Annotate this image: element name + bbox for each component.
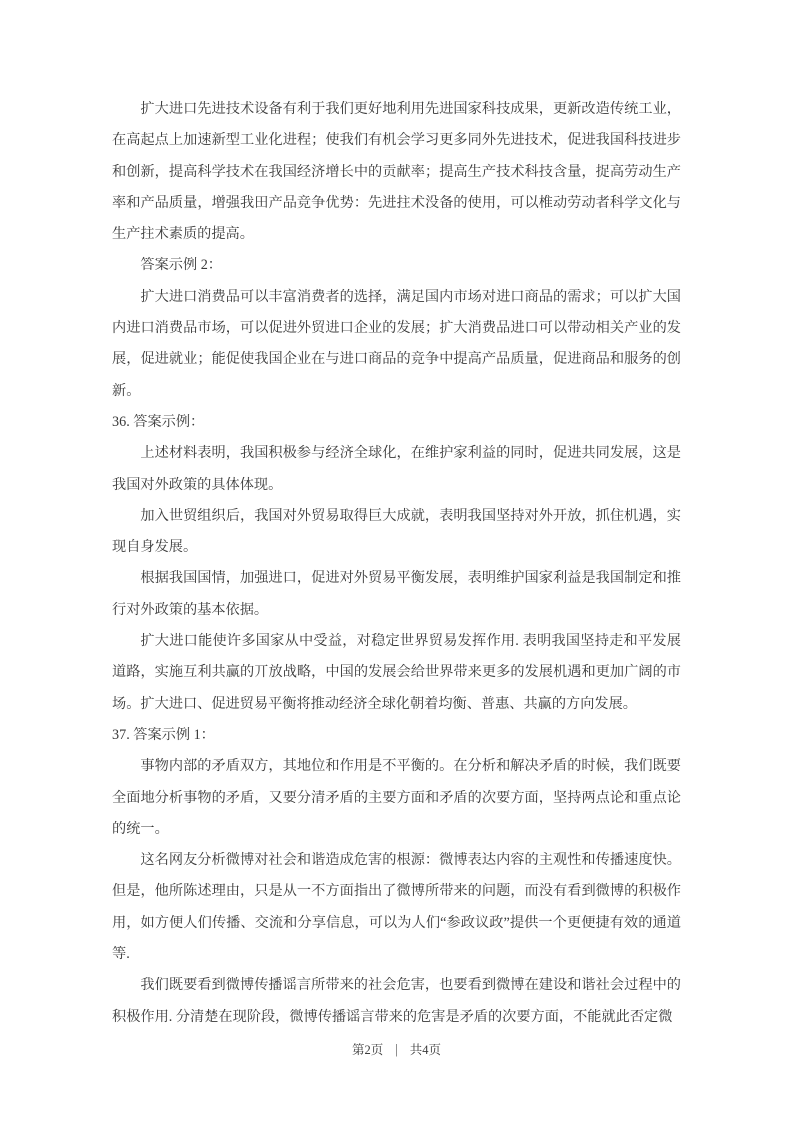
paragraph-question-36-heading: 36. 答案示例：	[112, 407, 681, 438]
page-footer: 第2页 | 共4页	[0, 1040, 793, 1058]
footer-separator: |	[395, 1041, 397, 1058]
answer-key-content: 扩大进口先进技术设备有利于我们更好地利用先进国家科技成果，更新改造传统工业，在高…	[112, 94, 681, 1033]
paragraph-q37-point-1: 事物内部的矛盾双方，其地位和作用是不平衡的。在分析和解决矛盾的时候，我们既要全面…	[112, 751, 681, 845]
document-page: 扩大进口先进技术设备有利于我们更好地利用先进国家科技成果，更新改造传统工业，在高…	[0, 0, 793, 1122]
paragraph-q37-point-3: 我们既要看到微博传播谣言所带来的社会危害，也要看到微博在建设和谐社会过程中的积极…	[112, 970, 681, 1033]
paragraph-question-37-heading: 37. 答案示例 1：	[112, 720, 681, 751]
current-page-label: 第2页	[352, 1040, 383, 1058]
paragraph-q36-point-1: 上述材料表明，我国积极参与经济全球化，在维护家利益的同时，促进共同发展，这是我国…	[112, 438, 681, 501]
paragraph-q36-point-2: 加入世贸组织后，我国对外贸易取得巨大成就，表明我国坚持对外开放，抓住机遇，实现自…	[112, 501, 681, 564]
paragraph-answer-imports-technology: 扩大进口先进技术设备有利于我们更好地利用先进国家科技成果，更新改造传统工业，在高…	[112, 94, 681, 250]
total-pages-label: 共4页	[410, 1040, 441, 1058]
paragraph-q37-point-2: 这名网友分析微博对社会和谐造成危害的根源：微博表达内容的主观性和传播速度快。但是…	[112, 845, 681, 970]
paragraph-q36-point-3: 根据我国国情，加强进口，促进对外贸易平衡发展，表明维护国家利益是我国制定和推行对…	[112, 563, 681, 626]
paragraph-answer-consumer-goods: 扩大进口消费品可以丰富消费者的选择，满足国内市场对进口商品的需求；可以扩大国内进…	[112, 282, 681, 407]
paragraph-answer-example-2-heading: 答案示例 2：	[112, 250, 681, 281]
paragraph-q36-point-4: 扩大进口能使许多国家从中受益，对稳定世界贸易发挥作用. 表明我国坚持走和平发展道…	[112, 626, 681, 720]
